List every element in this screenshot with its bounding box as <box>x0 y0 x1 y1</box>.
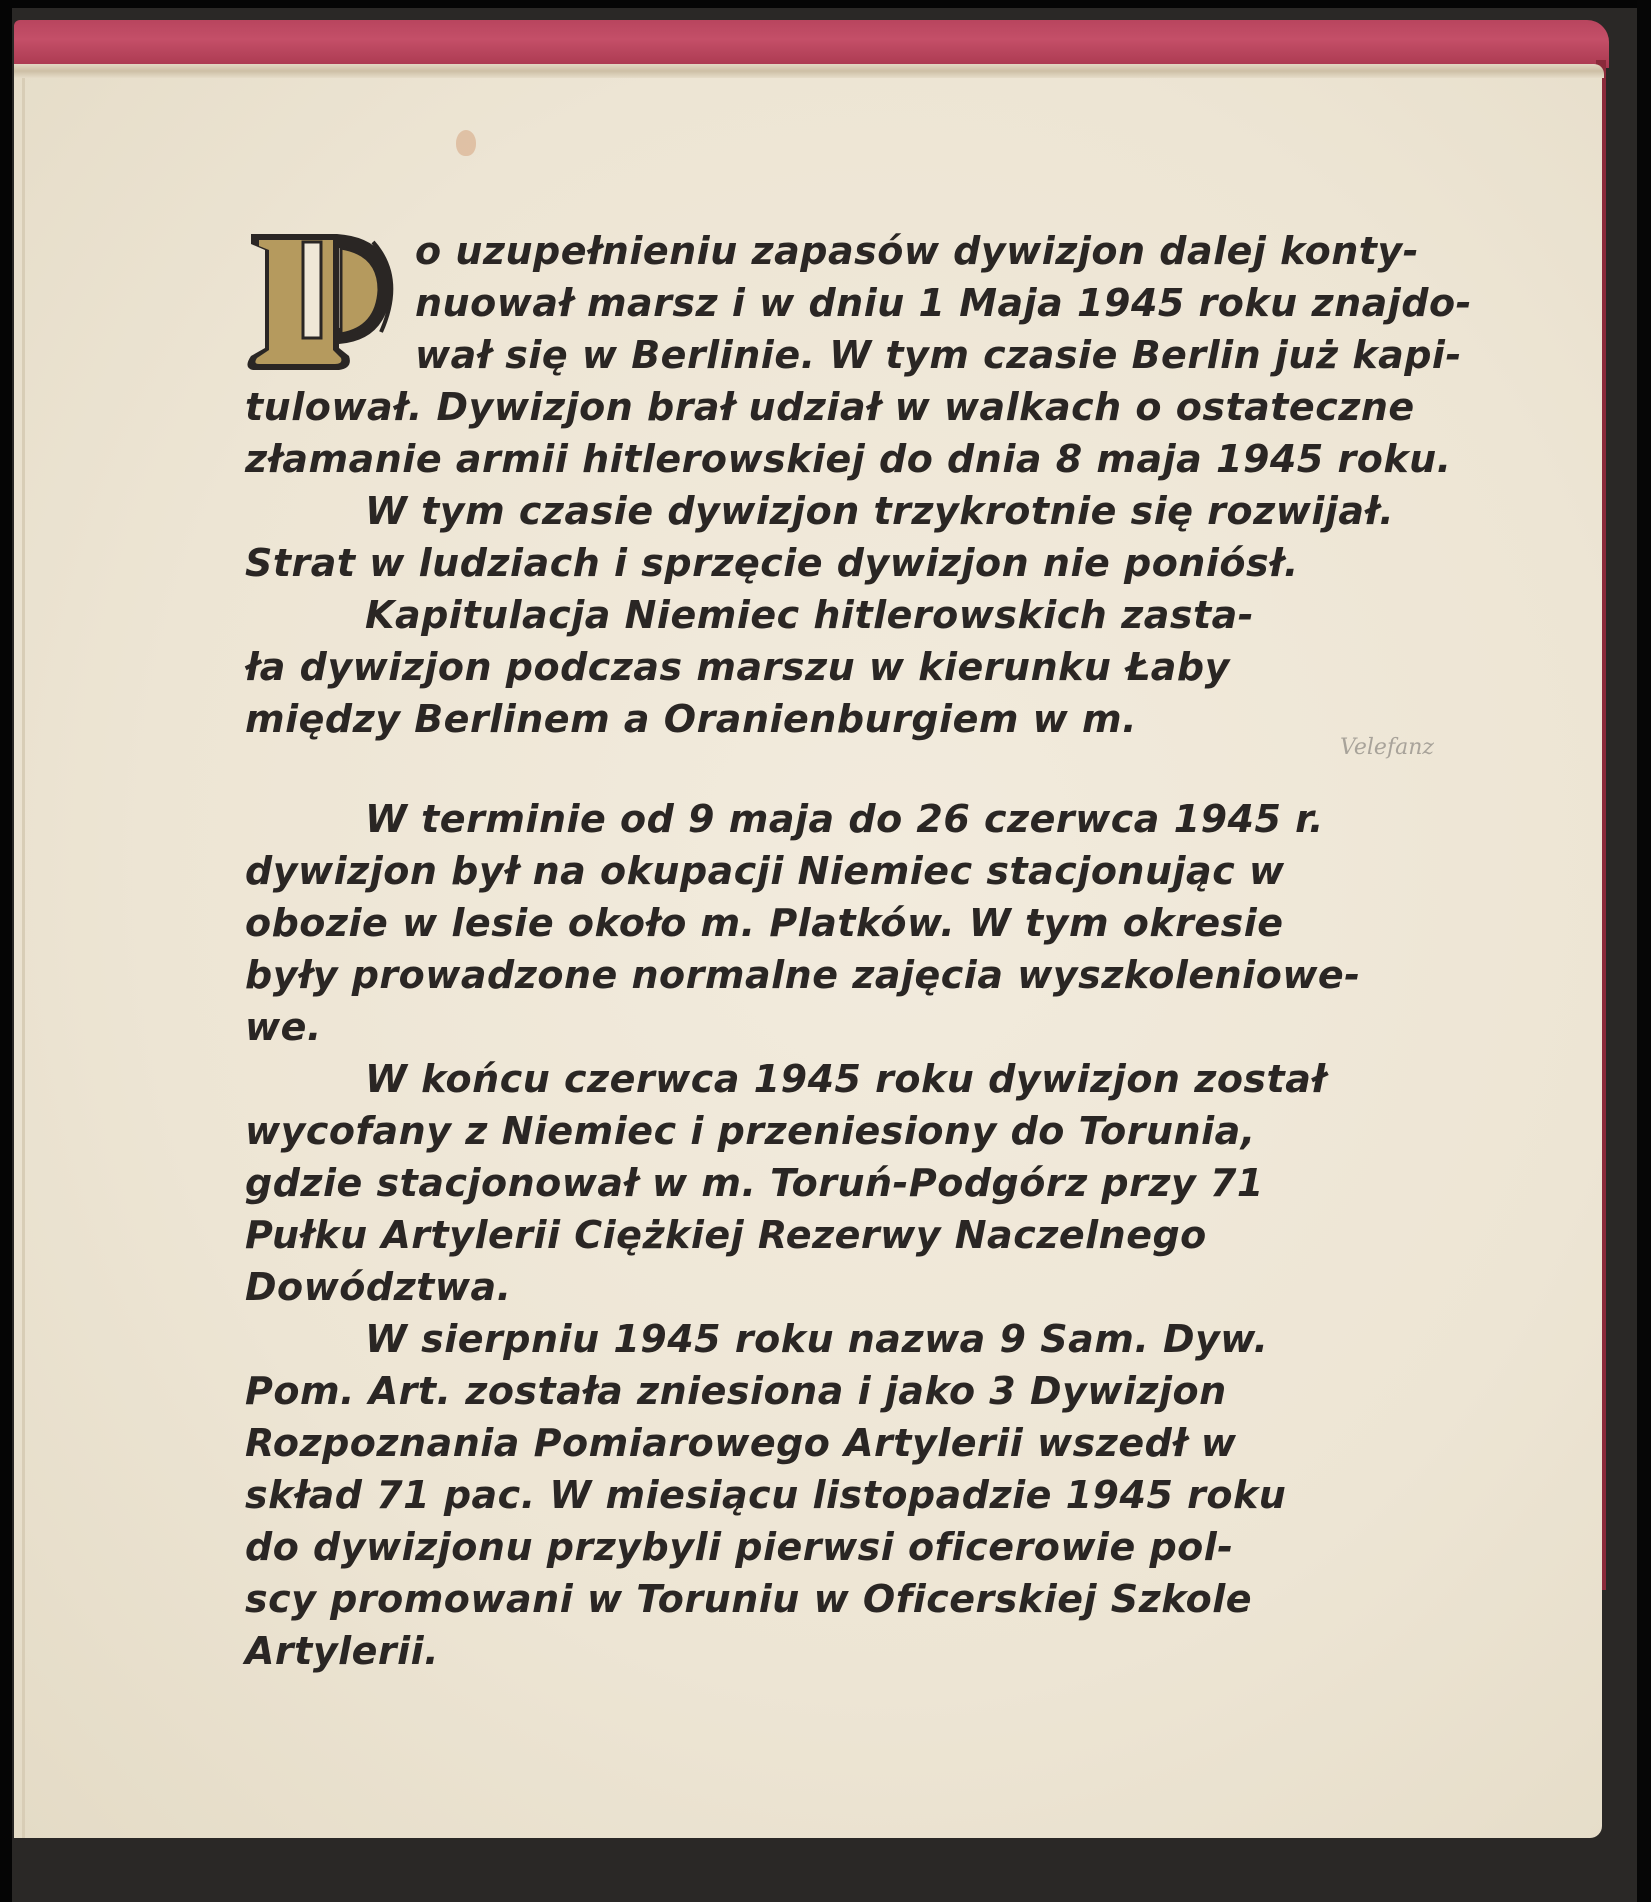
text-line: gdzie stacjonował w m. Toruń-Podgórz prz… <box>245 1157 1420 1209</box>
ink-stain <box>456 130 476 156</box>
text-line: Artylerii. <box>245 1625 1420 1677</box>
text-line: ła dywizjon podczas marszu w kierunku Ła… <box>245 641 1420 693</box>
page-stack-edge <box>14 64 1604 78</box>
text-line: Rozpoznania Pomiarowego Artylerii wszedł… <box>245 1417 1420 1469</box>
text-line: Kapitulacja Niemiec hitlerowskich zasta- <box>245 589 1420 641</box>
scan-border-right <box>1637 0 1651 1902</box>
page-gutter <box>22 78 25 1838</box>
text-line: wycofany z Niemiec i przeniesiony do Tor… <box>245 1105 1420 1157</box>
text-line: Pom. Art. została zniesiona i jako 3 Dyw… <box>245 1365 1420 1417</box>
text-line: W sierpniu 1945 roku nazwa 9 Sam. Dyw. <box>245 1313 1420 1365</box>
text-line: dywizjon był na okupacji Niemiec stacjon… <box>245 845 1420 897</box>
text-line: scy promowani w Toruniu w Oficerskiej Sz… <box>245 1573 1420 1625</box>
book-cover-top-edge <box>14 20 1609 68</box>
text-line: Pułku Artylerii Ciężkiej Rezerwy Naczeln… <box>245 1209 1420 1261</box>
text-line: skład 71 pac. W miesiącu listopadzie 194… <box>245 1469 1420 1521</box>
text-line: nuował marsz i w dniu 1 Maja 1945 roku z… <box>245 277 1420 329</box>
text-line: tulował. Dywizjon brał udział w walkach … <box>245 381 1420 433</box>
text-line: W tym czasie dywizjon trzykrotnie się ro… <box>245 485 1420 537</box>
text-line: były prowadzone normalne zajęcia wyszkol… <box>245 949 1420 1001</box>
text-line: wał się w Berlinie. W tym czasie Berlin … <box>245 329 1420 381</box>
text-line: Dowództwa. <box>245 1261 1420 1313</box>
text-line: obozie w lesie około m. Platków. W tym o… <box>245 897 1420 949</box>
text-line: we. <box>245 1001 1420 1053</box>
text-line: o uzupełnieniu zapasów dywizjon dalej ko… <box>245 225 1420 277</box>
scan-border-left <box>0 0 12 1902</box>
text-line: do dywizjonu przybyli pierwsi oficerowie… <box>245 1521 1420 1573</box>
text-line: między Berlinem a Oranienburgiem w m. <box>245 693 1420 745</box>
paragraph-gap <box>245 745 1420 793</box>
pencil-annotation: Velefanz <box>1340 735 1434 760</box>
scan-border-top <box>0 0 1651 8</box>
text-line: złamanie armii hitlerowskiej do dnia 8 m… <box>245 433 1420 485</box>
text-line: W końcu czerwca 1945 roku dywizjon zosta… <box>245 1053 1420 1105</box>
text-line: Strat w ludziach i sprzęcie dywizjon nie… <box>245 537 1420 589</box>
text-line: W terminie od 9 maja do 26 czerwca 1945 … <box>245 793 1420 845</box>
handwritten-text-body: o uzupełnieniu zapasów dywizjon dalej ko… <box>245 225 1420 1677</box>
